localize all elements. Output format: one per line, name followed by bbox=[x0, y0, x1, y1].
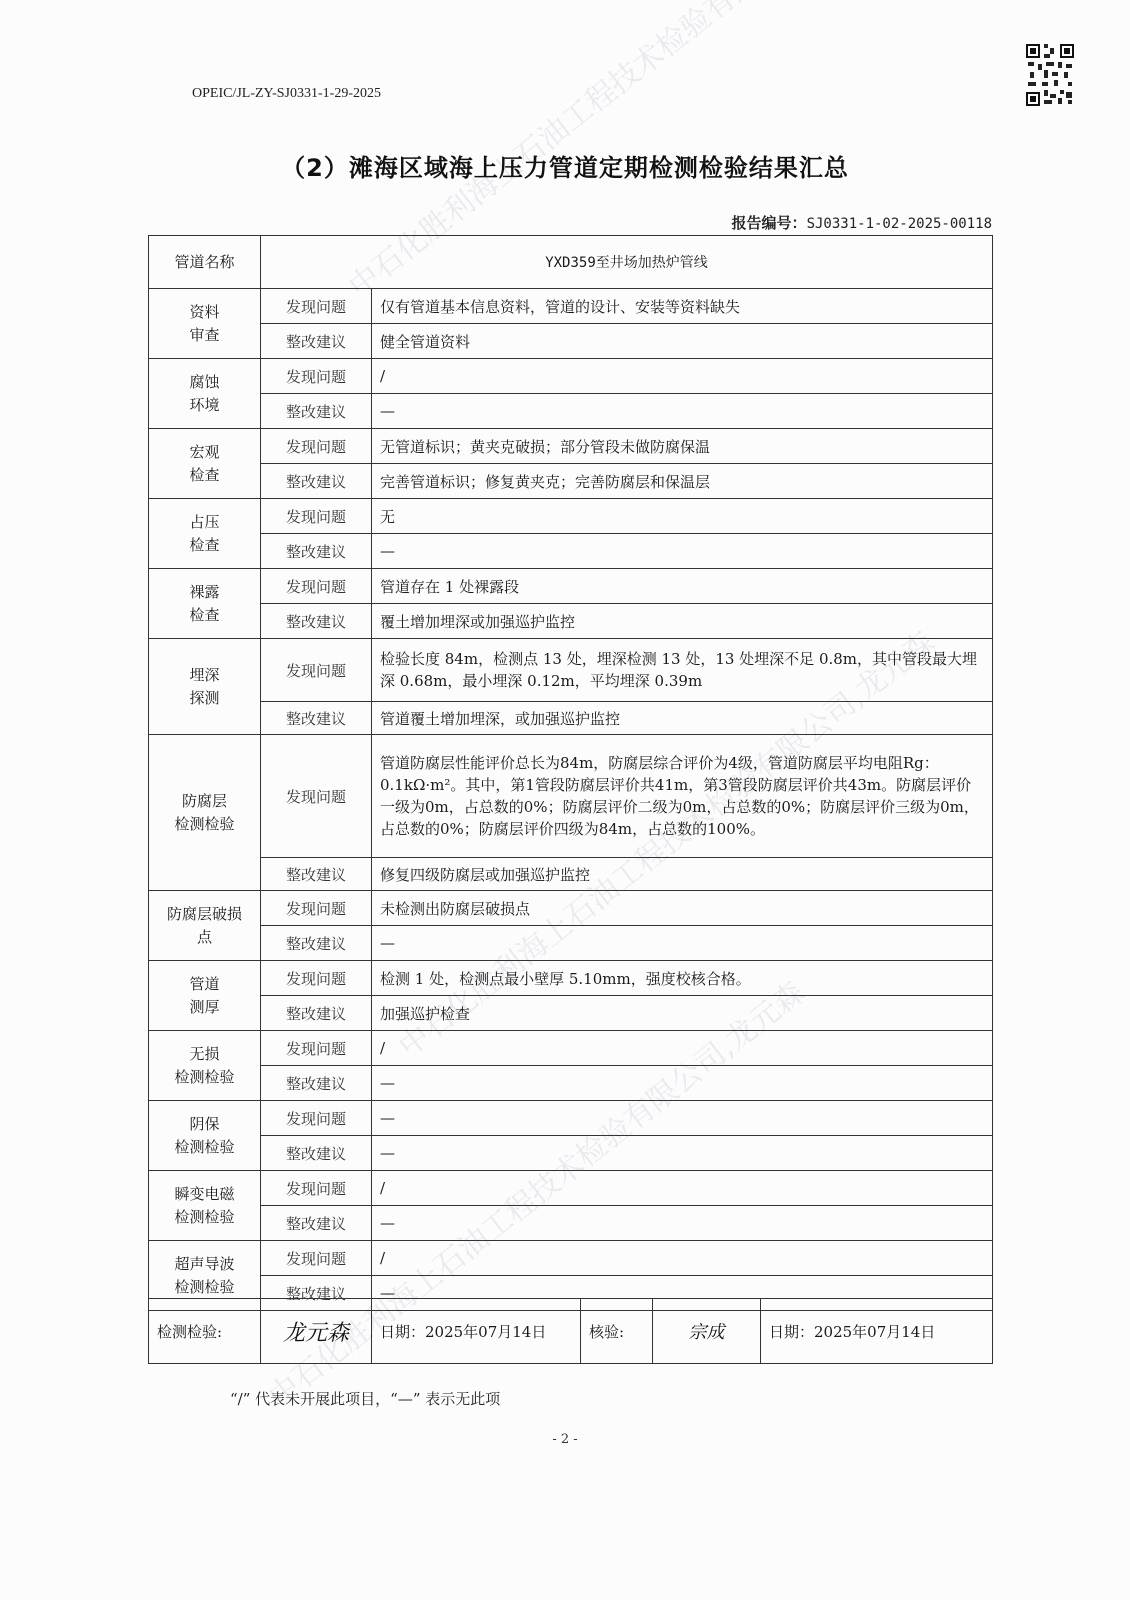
table-row-wall-thickness-issue: 管道测厚发现问题检测 1 处，检测点最小壁厚 5.10mm，强度校核合格。 bbox=[149, 961, 993, 996]
category-ndt: 无损检测检验 bbox=[149, 1031, 261, 1101]
advice-value: — bbox=[372, 394, 993, 429]
page-title: （2）滩海区域海上压力管道定期检测检验结果汇总 bbox=[0, 148, 1130, 183]
issue-label: 发现问题 bbox=[261, 569, 372, 604]
issue-label: 发现问题 bbox=[261, 1241, 372, 1276]
advice-label: 整改建议 bbox=[261, 464, 372, 499]
issue-label: 发现问题 bbox=[261, 499, 372, 534]
advice-value: 修复四级防腐层或加强巡护监控 bbox=[372, 858, 993, 891]
advice-value: — bbox=[372, 1066, 993, 1101]
issue-value: 检测 1 处，检测点最小壁厚 5.10mm，强度校核合格。 bbox=[372, 961, 993, 996]
advice-value: — bbox=[372, 1206, 993, 1241]
table-row-macro-inspection-advice: 整改建议完善管道标识；修复黄夹克；完善防腐层和保温层 bbox=[149, 464, 993, 499]
issue-value: / bbox=[372, 359, 993, 394]
issue-value: 无 bbox=[372, 499, 993, 534]
issue-label: 发现问题 bbox=[261, 1171, 372, 1206]
advice-label: 整改建议 bbox=[261, 702, 372, 735]
table-row-exposure-check-advice: 整改建议覆土增加埋深或加强巡护监控 bbox=[149, 604, 993, 639]
issue-label: 发现问题 bbox=[261, 961, 372, 996]
table-row-tem-issue: 瞬变电磁检测检验发现问题/ bbox=[149, 1171, 993, 1206]
category-corrosion-env: 腐蚀环境 bbox=[149, 359, 261, 429]
advice-label: 整改建议 bbox=[261, 996, 372, 1031]
table-row-ndt-advice: 整改建议— bbox=[149, 1066, 993, 1101]
advice-label: 整改建议 bbox=[261, 1066, 372, 1101]
issue-label: 发现问题 bbox=[261, 735, 372, 858]
issue-value: / bbox=[372, 1031, 993, 1066]
table-row-corrosion-env-issue: 腐蚀环境发现问题/ bbox=[149, 359, 993, 394]
table-row-pipeline-name: 管道名称 YXD359至井场加热炉管线 bbox=[149, 236, 993, 289]
pipeline-name-value: YXD359至井场加热炉管线 bbox=[261, 236, 993, 289]
advice-value: — bbox=[372, 926, 993, 961]
advice-value: 管道覆土增加埋深，或加强巡护监控 bbox=[372, 702, 993, 735]
table-row-wall-thickness-advice: 整改建议加强巡护检查 bbox=[149, 996, 993, 1031]
reviewer-label: 核验: bbox=[581, 1299, 653, 1364]
advice-label: 整改建议 bbox=[261, 1206, 372, 1241]
inspector-label: 检测检验: bbox=[149, 1299, 261, 1364]
inspector-date: 日期：2025年07月14日 bbox=[372, 1299, 581, 1364]
qr-code-icon bbox=[1026, 44, 1074, 106]
page-number: - 2 - bbox=[0, 1432, 1130, 1447]
advice-value: — bbox=[372, 534, 993, 569]
table-row-cathodic-protection-issue: 阴保检测检验发现问题— bbox=[149, 1101, 993, 1136]
pipeline-name-label: 管道名称 bbox=[149, 236, 261, 289]
issue-label: 发现问题 bbox=[261, 1101, 372, 1136]
issue-value: 未检测出防腐层破损点 bbox=[372, 891, 993, 926]
table-row-occupation-check-advice: 整改建议— bbox=[149, 534, 993, 569]
category-macro-inspection: 宏观检查 bbox=[149, 429, 261, 499]
issue-value: / bbox=[372, 1241, 993, 1276]
category-cathodic-protection: 阴保检测检验 bbox=[149, 1101, 261, 1171]
report-number-label: 报告编号： bbox=[732, 214, 807, 232]
table-row-cathodic-protection-advice: 整改建议— bbox=[149, 1136, 993, 1171]
table-row-coating-inspection-issue: 防腐层检测检验发现问题管道防腐层性能评价总长为84m，防腐层综合评价为4级，管道… bbox=[149, 735, 993, 858]
table-row-ndt-issue: 无损检测检验发现问题/ bbox=[149, 1031, 993, 1066]
category-occupation-check: 占压检查 bbox=[149, 499, 261, 569]
category-data-review: 资料审查 bbox=[149, 289, 261, 359]
category-tem: 瞬变电磁检测检验 bbox=[149, 1171, 261, 1241]
table-row-guided-wave-issue: 超声导波检测检验发现问题/ bbox=[149, 1241, 993, 1276]
issue-value: / bbox=[372, 1171, 993, 1206]
issue-value: 仅有管道基本信息资料，管道的设计、安装等资料缺失 bbox=[372, 289, 993, 324]
issue-value: 管道防腐层性能评价总长为84m，防腐层综合评价为4级，管道防腐层平均电阻Rg：0… bbox=[372, 735, 993, 858]
issue-label: 发现问题 bbox=[261, 289, 372, 324]
signoff-table: 检测检验: 龙元森 日期：2025年07月14日 核验: 宗成 日期：2025年… bbox=[148, 1298, 993, 1364]
category-exposure-check: 裸露检查 bbox=[149, 569, 261, 639]
table-row-data-review-issue: 资料审查发现问题仅有管道基本信息资料，管道的设计、安装等资料缺失 bbox=[149, 289, 993, 324]
table-row-occupation-check-issue: 占压检查发现问题无 bbox=[149, 499, 993, 534]
table-row-coating-inspection-advice: 整改建议修复四级防腐层或加强巡护监控 bbox=[149, 858, 993, 891]
issue-label: 发现问题 bbox=[261, 639, 372, 702]
advice-value: 覆土增加埋深或加强巡护监控 bbox=[372, 604, 993, 639]
issue-label: 发现问题 bbox=[261, 359, 372, 394]
advice-label: 整改建议 bbox=[261, 858, 372, 891]
report-number: 报告编号：SJ0331-1-02-2025-00118 bbox=[732, 212, 992, 233]
table-row-burial-depth-advice: 整改建议管道覆土增加埋深，或加强巡护监控 bbox=[149, 702, 993, 735]
table-row-exposure-check-issue: 裸露检查发现问题管道存在 1 处裸露段 bbox=[149, 569, 993, 604]
issue-value: — bbox=[372, 1101, 993, 1136]
advice-value: 加强巡护检查 bbox=[372, 996, 993, 1031]
document-code: OPEIC/JL-ZY-SJ0331-1-29-2025 bbox=[192, 86, 381, 102]
table-row-tem-advice: 整改建议— bbox=[149, 1206, 993, 1241]
table-row-burial-depth-issue: 埋深探测发现问题检验长度 84m，检测点 13 处，埋深检测 13 处，13 处… bbox=[149, 639, 993, 702]
issue-value: 无管道标识；黄夹克破损；部分管段未做防腐保温 bbox=[372, 429, 993, 464]
reviewer-date: 日期：2025年07月14日 bbox=[761, 1299, 993, 1364]
table-row-data-review-advice: 整改建议健全管道资料 bbox=[149, 324, 993, 359]
issue-label: 发现问题 bbox=[261, 891, 372, 926]
advice-label: 整改建议 bbox=[261, 534, 372, 569]
advice-value: 完善管道标识；修复黄夹克；完善防腐层和保温层 bbox=[372, 464, 993, 499]
advice-label: 整改建议 bbox=[261, 926, 372, 961]
category-wall-thickness: 管道测厚 bbox=[149, 961, 261, 1031]
legend-footnote: “/” 代表未开展此项目，“—” 表示无此项 bbox=[230, 1388, 500, 1409]
advice-label: 整改建议 bbox=[261, 394, 372, 429]
advice-label: 整改建议 bbox=[261, 1136, 372, 1171]
advice-label: 整改建议 bbox=[261, 604, 372, 639]
inspector-signature: 龙元森 bbox=[261, 1299, 372, 1364]
table-row-macro-inspection-issue: 宏观检查发现问题无管道标识；黄夹克破损；部分管段未做防腐保温 bbox=[149, 429, 993, 464]
category-coating-damage: 防腐层破损点 bbox=[149, 891, 261, 961]
signoff-row: 检测检验: 龙元森 日期：2025年07月14日 核验: 宗成 日期：2025年… bbox=[149, 1299, 993, 1364]
advice-label: 整改建议 bbox=[261, 324, 372, 359]
reviewer-signature: 宗成 bbox=[653, 1299, 761, 1364]
category-burial-depth: 埋深探测 bbox=[149, 639, 261, 735]
table-row-coating-damage-issue: 防腐层破损点发现问题未检测出防腐层破损点 bbox=[149, 891, 993, 926]
issue-value: 管道存在 1 处裸露段 bbox=[372, 569, 993, 604]
advice-value: 健全管道资料 bbox=[372, 324, 993, 359]
report-number-value: SJ0331-1-02-2025-00118 bbox=[807, 216, 992, 232]
table-row-coating-damage-advice: 整改建议— bbox=[149, 926, 993, 961]
issue-label: 发现问题 bbox=[261, 1031, 372, 1066]
advice-value: — bbox=[372, 1136, 993, 1171]
category-coating-inspection: 防腐层检测检验 bbox=[149, 735, 261, 891]
inspection-results-table: 管道名称 YXD359至井场加热炉管线 资料审查发现问题仅有管道基本信息资料，管… bbox=[148, 235, 993, 1311]
table-row-corrosion-env-advice: 整改建议— bbox=[149, 394, 993, 429]
issue-value: 检验长度 84m，检测点 13 处，埋深检测 13 处，13 处埋深不足 0.8… bbox=[372, 639, 993, 702]
issue-label: 发现问题 bbox=[261, 429, 372, 464]
